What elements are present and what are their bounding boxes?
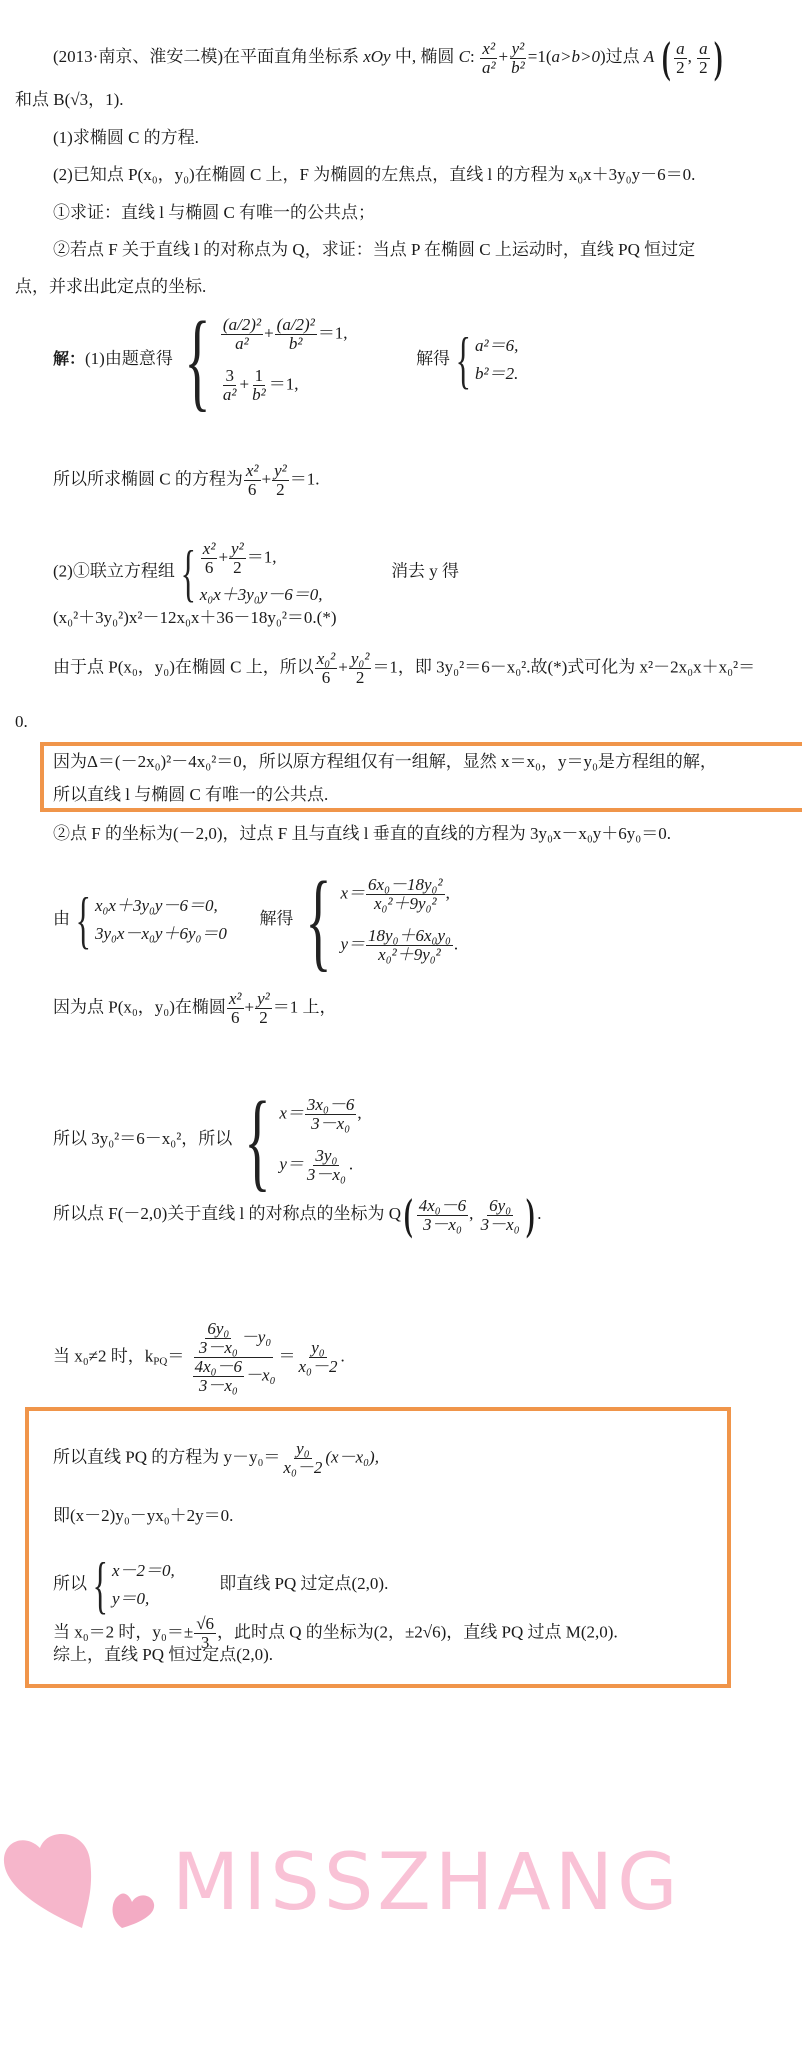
simplified-system: 所以 3y₀²＝6－x₀²，所以 { x＝3x₀－63－x₀, y＝3y₀3－x… (53, 1090, 362, 1190)
question-2: (2)已知点 P(x₀，y₀)在椭圆 C 上，F 为椭圆的左焦点，直线 l 的方… (53, 165, 695, 185)
right-paren-icon: ) (714, 38, 723, 78)
fraction: a2 (674, 40, 687, 77)
hearts-icon (0, 1830, 170, 1930)
solution-part-1: 解：(1)由题意得 { (a/2)²a²+(a/2)²b²＝1, 3a²+1b²… (53, 310, 518, 410)
text: , (688, 47, 692, 66)
solution-label: 解： (53, 349, 85, 368)
text: : (470, 47, 475, 66)
left-brace-icon: { (184, 310, 210, 410)
problem-line-1: (2013·南京、淮安二模)在平面直角坐标系 xOy 中, 椭圆 C: x²a²… (53, 38, 725, 78)
line-pq-expanded: 即(x－2)y₀－yx₀＋2y＝0. (53, 1506, 233, 1526)
focus-line: ②点 F 的坐标为(－2,0)，过点 F 且与直线 l 垂直的直线的方程为 3y… (53, 824, 671, 844)
left-brace-icon: { (244, 1090, 270, 1190)
left-brace-icon: { (305, 870, 331, 970)
right-paren-icon: ) (526, 1195, 535, 1235)
solution-system: { x＝6x₀－18y₀²x₀²＋9y₀², y＝18y₀＋6x₀y₀x₀²＋9… (298, 870, 458, 970)
left-brace-icon: { (76, 890, 91, 950)
box1-line-1: 因为Δ＝(－2x₀)²－4x₀²＝0，所以原方程组仅有一组解，显然 x＝x₀，y… (53, 752, 717, 772)
quadratic-star: (x₀²＋3y₀²)x²－12x₀x＋36－18y₀²＝0.(*) (53, 608, 337, 628)
substitution-line: 由于点 P(x₀，y₀)在椭圆 C 上，所以x₀²6+y₀²2＝1，即 3y₀²… (53, 650, 755, 687)
text: )过点 (600, 47, 644, 66)
left-brace-icon: { (456, 330, 471, 390)
text: 中, 椭圆 (391, 47, 459, 66)
fixed-point-system: 所以 { x－2＝0,y＝0, 即直线 PQ 过定点(2,0). (53, 1555, 388, 1615)
slope-pq: 当 x₀≠2 时，kPQ＝ 6y₀3－x₀－y₀ 4x₀－63－x₀－x₀ ＝y… (53, 1320, 345, 1395)
equation-system: { x²6+y²2＝1, x₀x＋3y₀y－6＝0, (179, 540, 322, 605)
question-1: (1)求椭圆 C 的方程. (53, 128, 199, 148)
left-paren-icon: ( (661, 38, 670, 78)
problem-source: (2013·南京、淮安二模)在平面直角坐标系 (53, 47, 363, 66)
question-2b: ②若点 F 关于直线 l 的对称点为 Q，求证：当点 P 在椭圆 C 上运动时，… (53, 240, 695, 260)
box1-line-2: 所以直线 l 与椭圆 C 有唯一的公共点. (53, 785, 328, 805)
substitution-wrap: 0. (15, 712, 28, 732)
ellipse-label: C (459, 47, 470, 66)
left-brace-icon: { (93, 1555, 108, 1615)
equation-system: { x₀x＋3y₀y－6＝0,3y₀x－x₀y＋6y₀＝0 (74, 890, 227, 950)
fraction: a2 (697, 40, 710, 77)
point-on-ellipse: 因为点 P(x₀，y₀)在椭圆x²6+y²2＝1 上， (53, 990, 337, 1027)
fraction: x²a² (480, 40, 498, 77)
solution-system: { a²＝6,b²＝2. (454, 330, 518, 390)
question-2b-cont: 点，并求出此定点的坐标. (15, 277, 206, 297)
conclusion: 综上，直线 PQ 恒过定点(2,0). (53, 1645, 273, 1665)
equation-system: { (a/2)²a²+(a/2)²b²＝1, 3a²+1b²＝1, (177, 310, 347, 410)
text: 解得 (416, 349, 450, 368)
watermark-text: MISSZHANG (172, 1838, 682, 1928)
condition: a>b>0 (552, 47, 600, 66)
line-pq-equation: 所以直线 PQ 的方程为 y－y₀＝y₀x₀－2(x－x₀), (53, 1440, 379, 1477)
question-2a: ①求证：直线 l 与椭圆 C 有唯一的公共点； (53, 203, 375, 223)
solution-system: { x＝3x₀－63－x₀, y＝3y₀3－x₀. (237, 1090, 362, 1190)
fraction: y²b² (509, 40, 527, 77)
coord-system: xOy (363, 47, 390, 66)
point-label: A (644, 47, 654, 66)
solution-part-2a: (2)①联立方程组 { x²6+y²2＝1, x₀x＋3y₀y－6＝0, 消去 … (53, 540, 459, 605)
compound-fraction: 6y₀3－x₀－y₀ 4x₀－63－x₀－x₀ (190, 1320, 278, 1395)
intersection-system: 由 { x₀x＋3y₀y－6＝0,3y₀x－x₀y＋6y₀＝0 解得 { x＝6… (53, 870, 458, 970)
equation-system: { x－2＝0,y＝0, (91, 1555, 175, 1615)
text: (1)由题意得 (85, 349, 173, 368)
watermark-logo: MISSZHANG (0, 1830, 700, 1930)
problem-line-2: 和点 B(√3，1). (15, 90, 124, 110)
text: + (499, 47, 509, 66)
symmetric-point-q: 所以点 F(－2,0)关于直线 l 的对称点的坐标为 Q(4x₀－63－x₀, … (53, 1195, 542, 1235)
left-brace-icon: { (181, 543, 196, 603)
text: =1( (528, 47, 552, 66)
left-paren-icon: ( (404, 1195, 413, 1235)
ellipse-result: 所以所求椭圆 C 的方程为x²6+y²2＝1. (53, 462, 320, 499)
